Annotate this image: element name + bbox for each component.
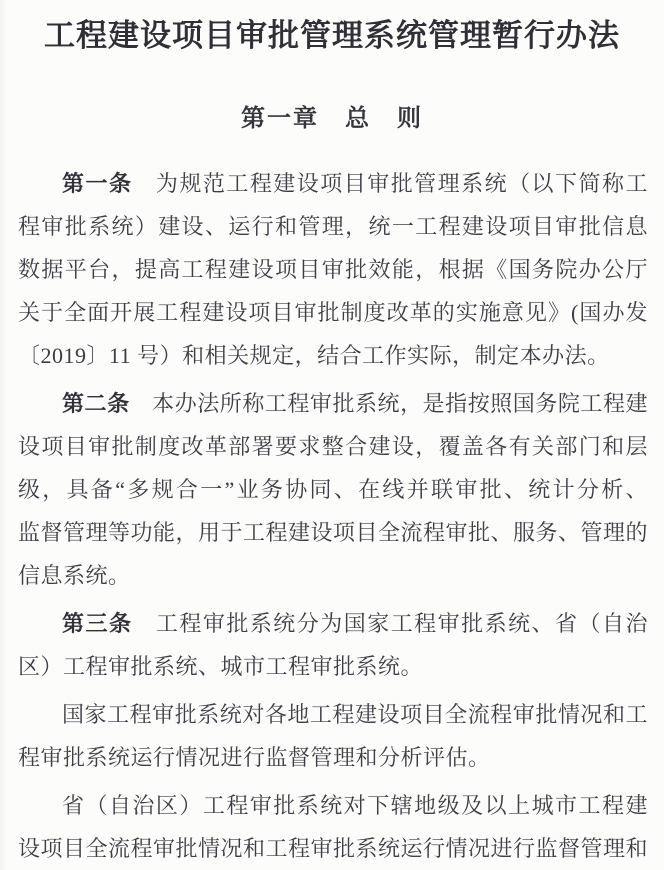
- line-text: 程审批系统）建设、运行和管理，统一工程建设项目审批信息: [18, 214, 648, 239]
- paragraph: 第一条 为规范工程建设项目审批管理系统（以下简称工程审批系统）建设、运行和管理，…: [18, 162, 648, 377]
- line-text: 省（自治区）工程审批系统对下辖地级及以上城市工程建: [62, 793, 648, 818]
- line-text: 设项目审批制度改革部署要求整合建设，覆盖各有关部门和层: [18, 434, 648, 459]
- line-text: 程审批系统运行情况进行监督管理和分析评估。: [18, 745, 491, 770]
- text-line: 第三条 工程审批系统分为国家工程审批系统、省（自治: [18, 602, 648, 645]
- text-line: 第二条 本办法所称工程审批系统，是指按照国务院工程建: [18, 382, 648, 425]
- paragraph: 国家工程审批系统对各地工程建设项目全流程审批情况和工程审批系统运行情况进行监督管…: [18, 693, 648, 779]
- line-text: 为规范工程建设项目审批管理系统（以下简称工: [132, 171, 648, 196]
- text-line: 监督管理等功能，用于工程建设项目全流程审批、服务、管理的: [18, 511, 648, 554]
- text-line: 省（自治区）工程审批系统对下辖地级及以上城市工程建: [18, 784, 648, 827]
- text-line: 关于全面开展工程建设项目审批制度改革的实施意见》(国办发: [18, 291, 648, 334]
- line-text: 数据平台，提高工程建设项目审批效能，根据《国务院办公厅: [18, 257, 648, 282]
- article-number: 第二条: [62, 391, 130, 416]
- paragraph: 第三条 工程审批系统分为国家工程审批系统、省（自治区）工程审批系统、城市工程审批…: [18, 602, 648, 688]
- text-line: 程审批系统）建设、运行和管理，统一工程建设项目审批信息: [18, 205, 648, 248]
- text-line: 国家工程审批系统对各地工程建设项目全流程审批情况和工: [18, 693, 648, 736]
- line-text: 级，具备“多规合一”业务协同、在线并联审批、统计分析、: [18, 477, 648, 502]
- document-title: 工程建设项目审批管理系统管理暂行办法: [0, 10, 664, 55]
- text-line: 设项目全流程审批情况和工程审批系统运行情况进行监督管理和: [18, 827, 648, 870]
- paragraph: 第二条 本办法所称工程审批系统，是指按照国务院工程建设项目审批制度改革部署要求整…: [18, 382, 648, 597]
- document-body: 第一条 为规范工程建设项目审批管理系统（以下简称工程审批系统）建设、运行和管理，…: [18, 162, 648, 870]
- line-text: 信息系统。: [18, 563, 131, 588]
- text-line: 数据平台，提高工程建设项目审批效能，根据《国务院办公厅: [18, 248, 648, 291]
- line-text: 区）工程审批系统、城市工程审批系统。: [18, 654, 423, 679]
- line-text: 本办法所称工程审批系统，是指按照国务院工程建: [130, 391, 648, 416]
- text-line: 区）工程审批系统、城市工程审批系统。: [18, 645, 648, 688]
- line-text: 工程审批系统分为国家工程审批系统、省（自治: [132, 611, 648, 636]
- text-line: 程审批系统运行情况进行监督管理和分析评估。: [18, 736, 648, 779]
- paragraph: 省（自治区）工程审批系统对下辖地级及以上城市工程建设项目全流程审批情况和工程审批…: [18, 784, 648, 870]
- text-line: 设项目审批制度改革部署要求整合建设，覆盖各有关部门和层: [18, 425, 648, 468]
- text-line: 级，具备“多规合一”业务协同、在线并联审批、统计分析、: [18, 468, 648, 511]
- text-line: 信息系统。: [18, 554, 648, 597]
- line-text: 关于全面开展工程建设项目审批制度改革的实施意见》(国办发: [18, 300, 648, 325]
- document-page: 工程建设项目审批管理系统管理暂行办法 第一章 总 则 第一条 为规范工程建设项目…: [0, 0, 664, 870]
- chapter-heading: 第一章 总 则: [0, 98, 664, 133]
- article-number: 第三条: [62, 611, 132, 636]
- line-text: 监督管理等功能，用于工程建设项目全流程审批、服务、管理的: [18, 520, 648, 545]
- text-line: 〔2019〕11 号）和相关规定，结合工作实际，制定本办法。: [18, 334, 648, 377]
- article-number: 第一条: [62, 171, 132, 196]
- line-text: 〔2019〕11 号）和相关规定，结合工作实际，制定本办法。: [18, 343, 610, 368]
- line-text: 设项目全流程审批情况和工程审批系统运行情况进行监督管理和: [18, 836, 648, 861]
- text-line: 第一条 为规范工程建设项目审批管理系统（以下简称工: [18, 162, 648, 205]
- line-text: 国家工程审批系统对各地工程建设项目全流程审批情况和工: [62, 702, 648, 727]
